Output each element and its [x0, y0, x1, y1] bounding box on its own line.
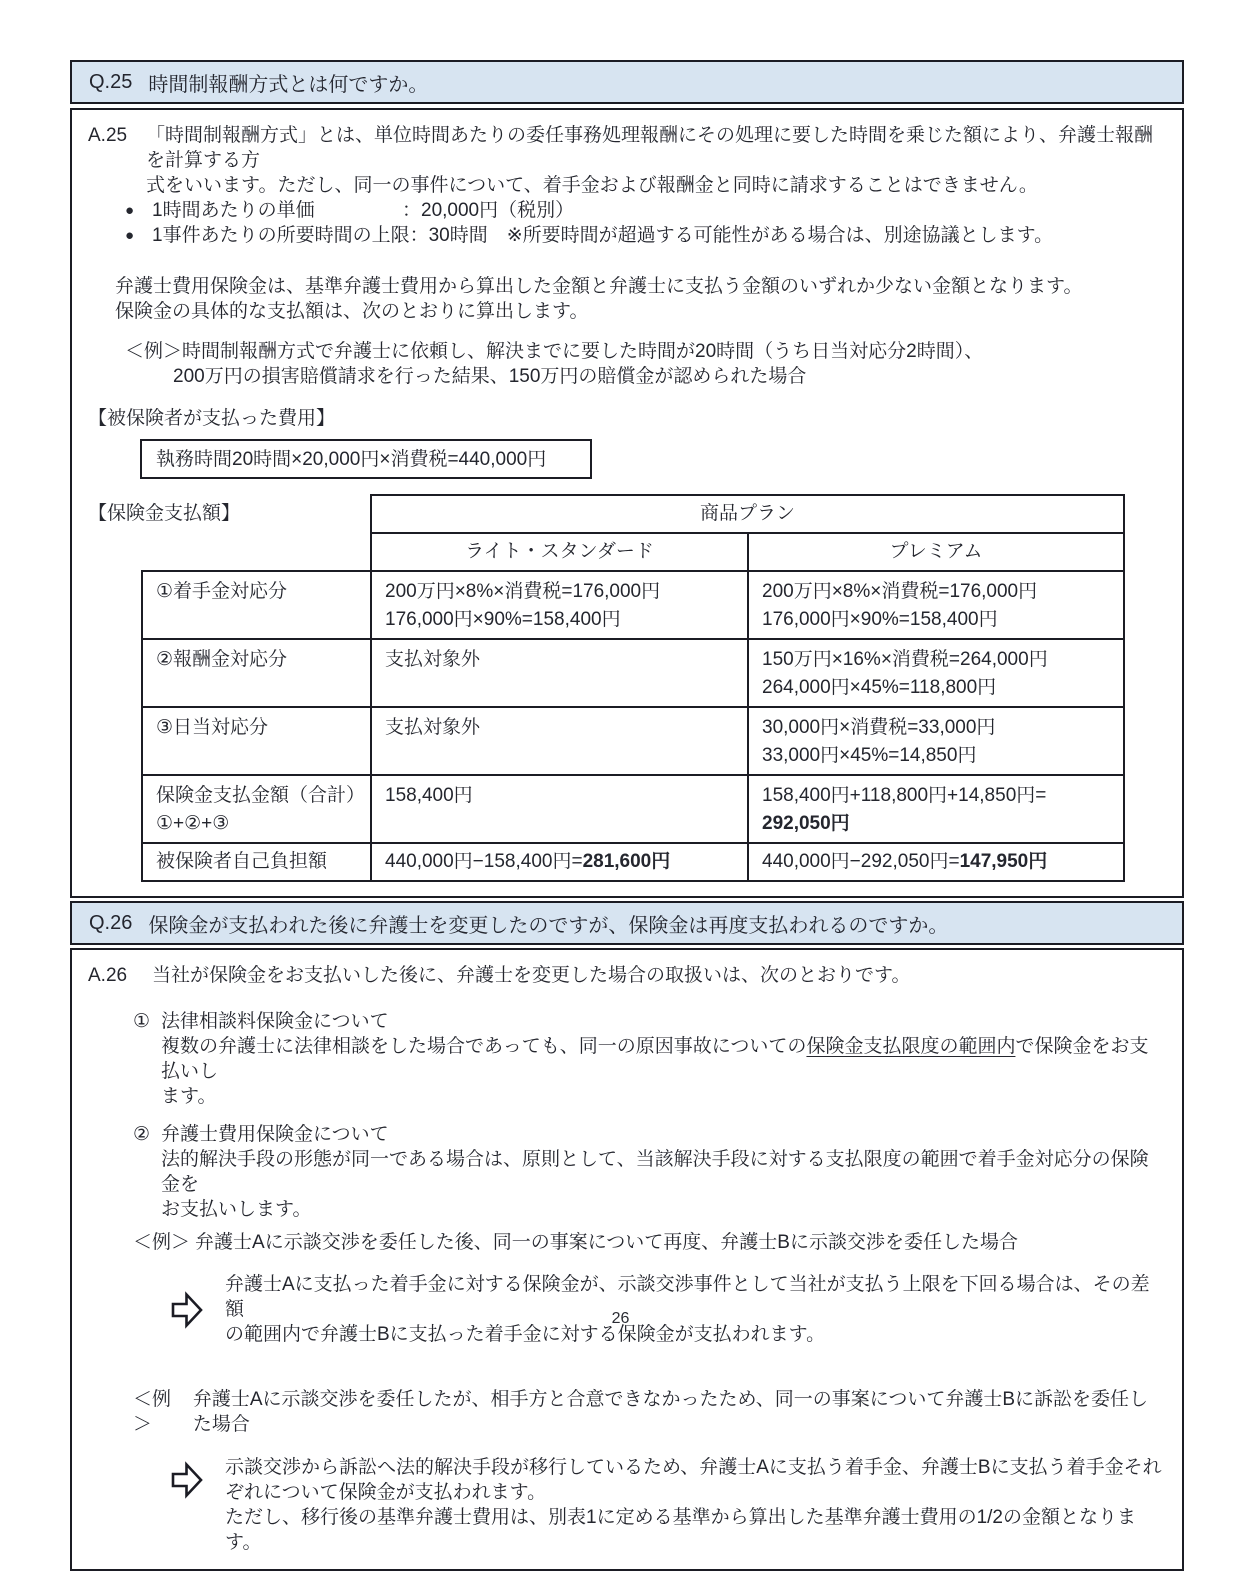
bullet-label: 1時間あたりの単価	[152, 198, 402, 223]
cell-line: 176,000円×90%=158,400円	[385, 606, 734, 634]
premium-cell: 150万円×16%×消費税=264,000円 264,000円×45%=118,…	[748, 639, 1124, 707]
cell-line: 保険金支払金額（合計）	[156, 782, 357, 810]
item-text-line: 法的解決手段の形態が同一である場合は、原則として、当該解決手段に対する支払限度の…	[161, 1147, 1166, 1197]
bullet-icon: ●	[125, 198, 152, 223]
q26-example-2: ＜例＞ 弁護士Aに示談交渉を委任したが、相手方と合意できなかったため、同一の事案…	[133, 1387, 1166, 1437]
q25-question-header: Q.25 時間制報酬方式とは何ですか。	[70, 60, 1184, 104]
table-header-row: 商品プラン	[142, 495, 1124, 533]
cell-total: 281,600円	[583, 851, 671, 872]
cell-total: 147,950円	[960, 851, 1048, 872]
table-subheader-row: ライト・スタンダード プレミアム	[142, 533, 1124, 571]
text-segment: 複数の弁護士に法律相談をした場合であっても、同一の原因事故についての	[161, 1036, 806, 1057]
premium-cell: 158,400円+118,800円+14,850円= 292,050円	[748, 775, 1124, 843]
item-body: 弁護士費用保険金について 法的解決手段の形態が同一である場合は、原則として、当該…	[161, 1122, 1166, 1222]
q25-answer-box: A.25 「時間制報酬方式」とは、単位時間あたりの委任事務処理報酬にその処理に要…	[70, 108, 1184, 898]
paid-formula-box: 執務時間20時間×20,000円×消費税=440,000円	[140, 439, 592, 479]
empty-corner-cell	[142, 533, 371, 571]
arrow-text-line: ただし、移行後の基準弁護士費用は、別表1に定める基準から算出した基準弁護士費用の…	[225, 1505, 1166, 1555]
q26-question-text: 保険金が支払われた後に弁護士を変更したのですが、保険金は再度支払われるのですか。	[148, 909, 948, 938]
item-text-line: 複数の弁護士に法律相談をした場合であっても、同一の原因事故についての保険金支払限…	[161, 1034, 1166, 1084]
cell-line: 158,400円	[385, 782, 734, 810]
q25-example: ＜例＞時間制報酬方式で弁護士に依頼し、解決までに要した時間が20時間（うち日当対…	[125, 339, 1166, 389]
q25-answer-intro: A.25 「時間制報酬方式」とは、単位時間あたりの委任事務処理報酬にその処理に要…	[88, 123, 1166, 198]
item-title: 弁護士費用保険金について	[161, 1122, 1166, 1147]
item-number: ②	[133, 1122, 161, 1222]
row-label-cell: ①着手金対応分	[142, 571, 371, 639]
payout-section: 【保険金支払額】 商品プラン ライト・スタンダード プレミアム ①着手金対応分 …	[88, 494, 1166, 882]
q25-question-label: Q.25	[89, 71, 132, 94]
q26-question-label: Q.26	[89, 912, 132, 935]
intro-line: 式をいいます。ただし、同一の事件について、着手金および報酬金と同時に請求すること…	[146, 173, 1166, 198]
payout-table: 商品プラン ライト・スタンダード プレミアム ①着手金対応分 200万円×8%×…	[141, 494, 1125, 882]
q26-answer-box: A.26 当社が保険金をお支払いした後に、弁護士を変更した場合の取扱いは、次のと…	[70, 948, 1184, 1571]
q25-answer-label: A.25	[88, 123, 146, 198]
item-number: ①	[133, 1009, 161, 1109]
plan-header-cell: 商品プラン	[371, 495, 1124, 533]
intro-line: 「時間制報酬方式」とは、単位時間あたりの委任事務処理報酬にその処理に要した時間を…	[146, 123, 1166, 173]
table-row-total: 保険金支払金額（合計） ①+②+③ 158,400円 158,400円+118,…	[142, 775, 1124, 843]
row-label-cell: 保険金支払金額（合計） ①+②+③	[142, 775, 371, 843]
q25-intro-paragraph: 「時間制報酬方式」とは、単位時間あたりの委任事務処理報酬にその処理に要した時間を…	[146, 123, 1166, 198]
premium-cell: 200万円×8%×消費税=176,000円 176,000円×90%=158,4…	[748, 571, 1124, 639]
cell-line: 264,000円×45%=118,800円	[762, 674, 1110, 702]
premium-cell: 440,000円−292,050円=147,950円	[748, 843, 1124, 881]
paragraph-line: 弁護士費用保険金は、基準弁護士費用から算出した金額と弁護士に支払う金額のいずれか…	[115, 274, 1166, 299]
table-row-reward: ②報酬金対応分 支払対象外 150万円×16%×消費税=264,000円 264…	[142, 639, 1124, 707]
bullet-item: ● 1事件あたりの所要時間の上限 ：30時間 ※所要時間が超過する可能性がある場…	[125, 223, 1166, 248]
q26-example-1: ＜例＞ 弁護士Aに示談交渉を委任した後、同一の事案について再度、弁護士Bに示談交…	[133, 1230, 1166, 1255]
payout-heading: 【保険金支払額】	[88, 501, 240, 526]
cell-text: 440,000円−292,050円=	[762, 851, 960, 872]
light-cell: 支払対象外	[371, 707, 748, 775]
cell-line-total: 292,050円	[762, 810, 1110, 838]
example-label: ＜例＞	[133, 1230, 190, 1255]
row-label-cell: 被保険者自己負担額	[142, 843, 371, 881]
arrow-text-line: 示談交渉から訴訟へ法的解決手段が移行しているため、弁護士Aに支払う着手金、弁護士…	[225, 1455, 1166, 1480]
cell-line: 150万円×16%×消費税=264,000円	[762, 646, 1110, 674]
document-page: Q.25 時間制報酬方式とは何ですか。 A.25 「時間制報酬方式」とは、単位時…	[70, 60, 1184, 1571]
premium-cell: 30,000円×消費税=33,000円 33,000円×45%=14,850円	[748, 707, 1124, 775]
light-cell: 200万円×8%×消費税=176,000円 176,000円×90%=158,4…	[371, 571, 748, 639]
q26-question-header: Q.26 保険金が支払われた後に弁護士を変更したのですが、保険金は再度支払われる…	[70, 901, 1184, 945]
item-body: 法律相談料保険金について 複数の弁護士に法律相談をした場合であっても、同一の原因…	[161, 1009, 1166, 1109]
arrow-right-icon	[170, 1460, 204, 1500]
q25-bullet-list: ● 1時間あたりの単価 ：20,000円（税別） ● 1事件あたりの所要時間の上…	[125, 198, 1166, 248]
cell-line: ①+②+③	[156, 810, 357, 838]
q26-answer-intro: A.26 当社が保険金をお支払いした後に、弁護士を変更した場合の取扱いは、次のと…	[88, 963, 1166, 988]
row-label-cell: ③日当対応分	[142, 707, 371, 775]
cell-line: 176,000円×90%=158,400円	[762, 606, 1110, 634]
bullet-icon: ●	[125, 223, 152, 248]
cell-line: 33,000円×45%=14,850円	[762, 742, 1110, 770]
example-text: 弁護士Aに示談交渉を委任したが、相手方と合意できなかったため、同一の事案について…	[193, 1387, 1166, 1437]
light-cell: 158,400円	[371, 775, 748, 843]
bullet-label: 1事件あたりの所要時間の上限	[152, 223, 410, 248]
cell-line: 200万円×8%×消費税=176,000円	[385, 578, 734, 606]
example-line: 200万円の損害賠償請求を行った結果、150万円の賠償金が認められた場合	[173, 364, 1166, 389]
cell-line: 30,000円×消費税=33,000円	[762, 714, 1110, 742]
item-title: 法律相談料保険金について	[161, 1009, 1166, 1034]
q26-intro-text: 当社が保険金をお支払いした後に、弁護士を変更した場合の取扱いは、次のとおりです。	[152, 963, 910, 988]
light-cell: 440,000円−158,400円=281,600円	[371, 843, 748, 881]
table-row-self-payment: 被保険者自己負担額 440,000円−158,400円=281,600円 440…	[142, 843, 1124, 881]
table-row-retainer: ①着手金対応分 200万円×8%×消費税=176,000円 176,000円×9…	[142, 571, 1124, 639]
cell-text: 440,000円−158,400円=	[385, 851, 583, 872]
item-text-line: ます。	[161, 1084, 1166, 1109]
q26-item-legal-consult: ① 法律相談料保険金について 複数の弁護士に法律相談をした場合であっても、同一の…	[133, 1009, 1166, 1109]
q25-benefit-paragraph: 弁護士費用保険金は、基準弁護士費用から算出した金額と弁護士に支払う金額のいずれか…	[115, 274, 1166, 324]
q26-answer-label: A.26	[88, 963, 152, 988]
item-text-line: お支払いします。	[161, 1197, 1166, 1222]
col-header-light-standard: ライト・スタンダード	[371, 533, 748, 571]
page-number: 26	[0, 1310, 1241, 1328]
underlined-text: 保険金支払限度の範囲内	[806, 1036, 1015, 1057]
arrow-text-line: ぞれについて保険金が支払われます。	[225, 1480, 1166, 1505]
paragraph-line: 保険金の具体的な支払額は、次のとおりに算出します。	[115, 299, 1166, 324]
bullet-item: ● 1時間あたりの単価 ：20,000円（税別）	[125, 198, 1166, 223]
table-row-daily-allowance: ③日当対応分 支払対象外 30,000円×消費税=33,000円 33,000円…	[142, 707, 1124, 775]
example-line: ＜例＞時間制報酬方式で弁護士に依頼し、解決までに要した時間が20時間（うち日当対…	[125, 339, 1166, 364]
example-label: ＜例＞	[133, 1387, 188, 1437]
arrow-text: 示談交渉から訴訟へ法的解決手段が移行しているため、弁護士Aに支払う着手金、弁護士…	[225, 1455, 1166, 1555]
bullet-value: ：30時間 ※所要時間が超過する可能性がある場合は、別途協議とします。	[410, 223, 1054, 248]
q26-item-lawyer-fee: ② 弁護士費用保険金について 法的解決手段の形態が同一である場合は、原則として、…	[133, 1122, 1166, 1222]
light-cell: 支払対象外	[371, 639, 748, 707]
q25-question-text: 時間制報酬方式とは何ですか。	[148, 68, 428, 97]
col-header-premium: プレミアム	[748, 533, 1124, 571]
example-text: 弁護士Aに示談交渉を委任した後、同一の事案について再度、弁護士Bに示談交渉を委任…	[195, 1230, 1018, 1255]
q26-example-2-result: 示談交渉から訴訟へ法的解決手段が移行しているため、弁護士Aに支払う着手金、弁護士…	[170, 1455, 1166, 1555]
cell-line: 200万円×8%×消費税=176,000円	[762, 578, 1110, 606]
cell-line: 158,400円+118,800円+14,850円=	[762, 782, 1110, 810]
insured-paid-heading: 【被保険者が支払った費用】	[88, 406, 1166, 431]
bullet-value: ：20,000円（税別）	[402, 198, 574, 223]
row-label-cell: ②報酬金対応分	[142, 639, 371, 707]
